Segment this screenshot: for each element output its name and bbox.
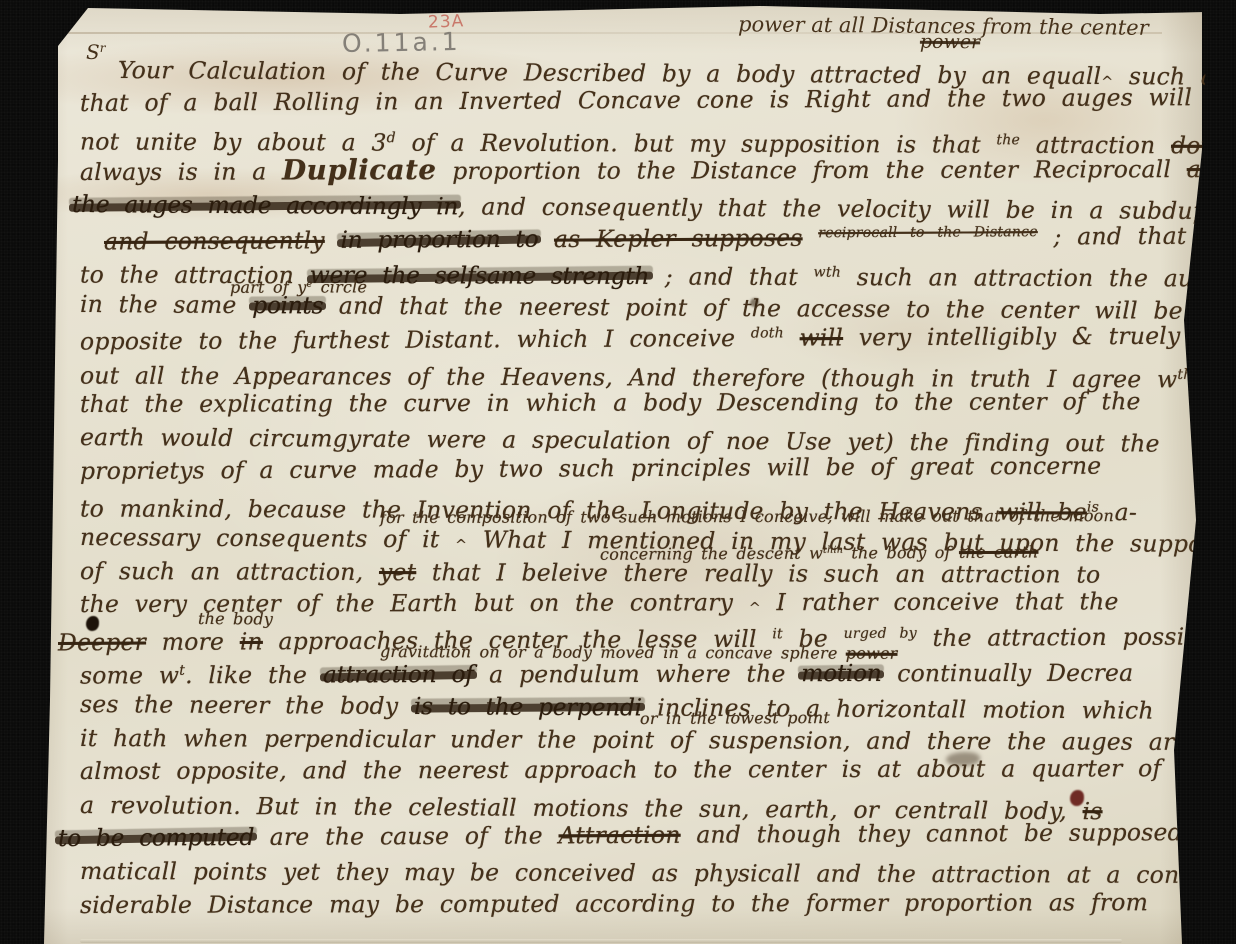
deleted-text: in: [240, 627, 263, 655]
manuscript-line: some wt. like the attraction of a pendul…: [80, 652, 1170, 688]
manuscript-text: of such an attraction,: [80, 557, 379, 586]
caret-mark: ^: [455, 538, 467, 554]
manuscript-text: . like the: [185, 661, 323, 689]
deleted-text: is to the perpendi: [414, 692, 642, 721]
deleted-text: motion: [801, 659, 881, 687]
manuscript-text: that of a ball Rolling in an Inverted Co…: [80, 84, 1192, 118]
folio-number: 23A: [428, 11, 465, 32]
manuscript-text: in the same: [80, 290, 252, 319]
manuscript-line: opposite to the furthest Distant. which …: [80, 315, 1170, 354]
stain: [750, 298, 759, 307]
manuscript-text: opposite to the furthest Distant. which …: [80, 324, 751, 356]
deleted-text: in proportion to: [340, 225, 538, 254]
caret-mark: ^: [749, 601, 761, 617]
manuscript-paper: O.11a.1 23A power at all Distances from …: [34, 2, 1202, 944]
interline-insertion: or in the lowest point: [640, 710, 1170, 725]
top-insertion: power at all Distances from the center p…: [738, 12, 1149, 55]
deleted-text: points: [252, 291, 323, 319]
manuscript-line: to be computed are the cause of the Attr…: [58, 816, 1170, 855]
manuscript-text: maticall points yet they may be conceive…: [80, 857, 1179, 889]
manuscript-line: almost opposite, and the neerest approac…: [80, 752, 1170, 788]
manuscript-text: you: [1192, 365, 1236, 393]
stain: [1070, 790, 1084, 806]
manuscript-text: and though they cannot be supposed mathe: [681, 818, 1236, 849]
deleted-text: to be computed: [58, 823, 254, 852]
deleted-text: as Kepler supposes: [554, 224, 803, 253]
interline-insertion: part of ye circle: [230, 276, 1170, 290]
manuscript-text: a pendulum where the: [473, 660, 801, 689]
insertion-text: thin: [823, 545, 843, 556]
manuscript-text: very intelligibly & truely make: [843, 321, 1236, 351]
insertion-text: urged by: [844, 625, 917, 641]
manuscript-text: more: [146, 627, 240, 655]
manuscript-text: not unite by about a 3: [80, 127, 387, 156]
letter-body: Your Calculation of the Curve Described …: [80, 54, 1170, 922]
manuscript-text: continually Decrea: [881, 659, 1133, 688]
deleted-text: Deeper: [58, 628, 146, 656]
insertion-text: r: [100, 41, 106, 55]
manuscript-text: proprietys of a curve made by two such p…: [80, 451, 1102, 484]
insertion-text: the: [996, 132, 1020, 148]
manuscript-text: some w: [80, 661, 179, 689]
manuscript-text: that I beleive there really is such an a…: [416, 558, 1100, 588]
deleted-text: yet: [379, 558, 416, 586]
manuscript-line: siderable Distance may be computed accor…: [80, 886, 1170, 922]
manuscript-text: siderable Distance may be computed accor…: [80, 888, 1148, 919]
insertion-text: doth: [751, 325, 784, 341]
manuscript-line: always is in a Duplicate proportion to t…: [80, 151, 1170, 187]
ink-blot: [86, 616, 99, 631]
manuscript-text: Duplicate: [282, 153, 437, 186]
deleted-text: the auges made accordingly in: [72, 190, 458, 220]
manuscript-text: [784, 324, 800, 352]
manuscript-text: always is in a: [80, 158, 282, 187]
deleted-text: attraction of: [323, 660, 474, 688]
manuscript-text: ses the neerer the body: [80, 690, 414, 720]
insertion-text: th: [1177, 366, 1192, 382]
manuscript-text: ; and that: [1038, 222, 1187, 251]
fabric-background: O.11a.1 23A power at all Distances from …: [0, 0, 1236, 944]
deleted-text: reciprocall to the Distance: [818, 224, 1038, 241]
paper-edge-highlight: [80, 939, 1122, 943]
manuscript-text: are the cause of the: [254, 821, 559, 851]
manuscript-line: that the explicating the curve in which …: [80, 385, 1170, 421]
deleted-text: and: [1187, 155, 1232, 183]
interline-insertion: for the composition of two such motions …: [380, 510, 1170, 524]
manuscript-text: necessary consequents of it: [80, 523, 455, 553]
manuscript-text: proportion to the Distance from the cent…: [436, 155, 1186, 185]
deleted-text: Attraction: [558, 821, 680, 850]
manuscript-line: that of a ball Rolling in an Inverted Co…: [80, 82, 1170, 121]
insertion-text: d: [387, 130, 396, 146]
deleted-text: will: [800, 324, 844, 352]
manuscript-text: it hath when perpendicular under the poi…: [80, 724, 1189, 756]
ink-smudge: [946, 752, 980, 766]
manuscript-line: proprietys of a curve made by two such p…: [80, 449, 1170, 488]
deleted-text: power: [920, 31, 980, 54]
manuscript-text: that the explicating the curve in which …: [80, 387, 1141, 418]
manuscript-text: I rather conceive that the: [761, 588, 1119, 617]
manuscript-text: [803, 224, 819, 252]
deleted-text: and consequently: [104, 226, 325, 255]
manuscript-text: almost opposite, and the neerest approac…: [80, 754, 1161, 785]
insertion-text: it: [772, 626, 783, 642]
manuscript-line: and consequently in proportion to as Kep…: [104, 215, 1170, 254]
